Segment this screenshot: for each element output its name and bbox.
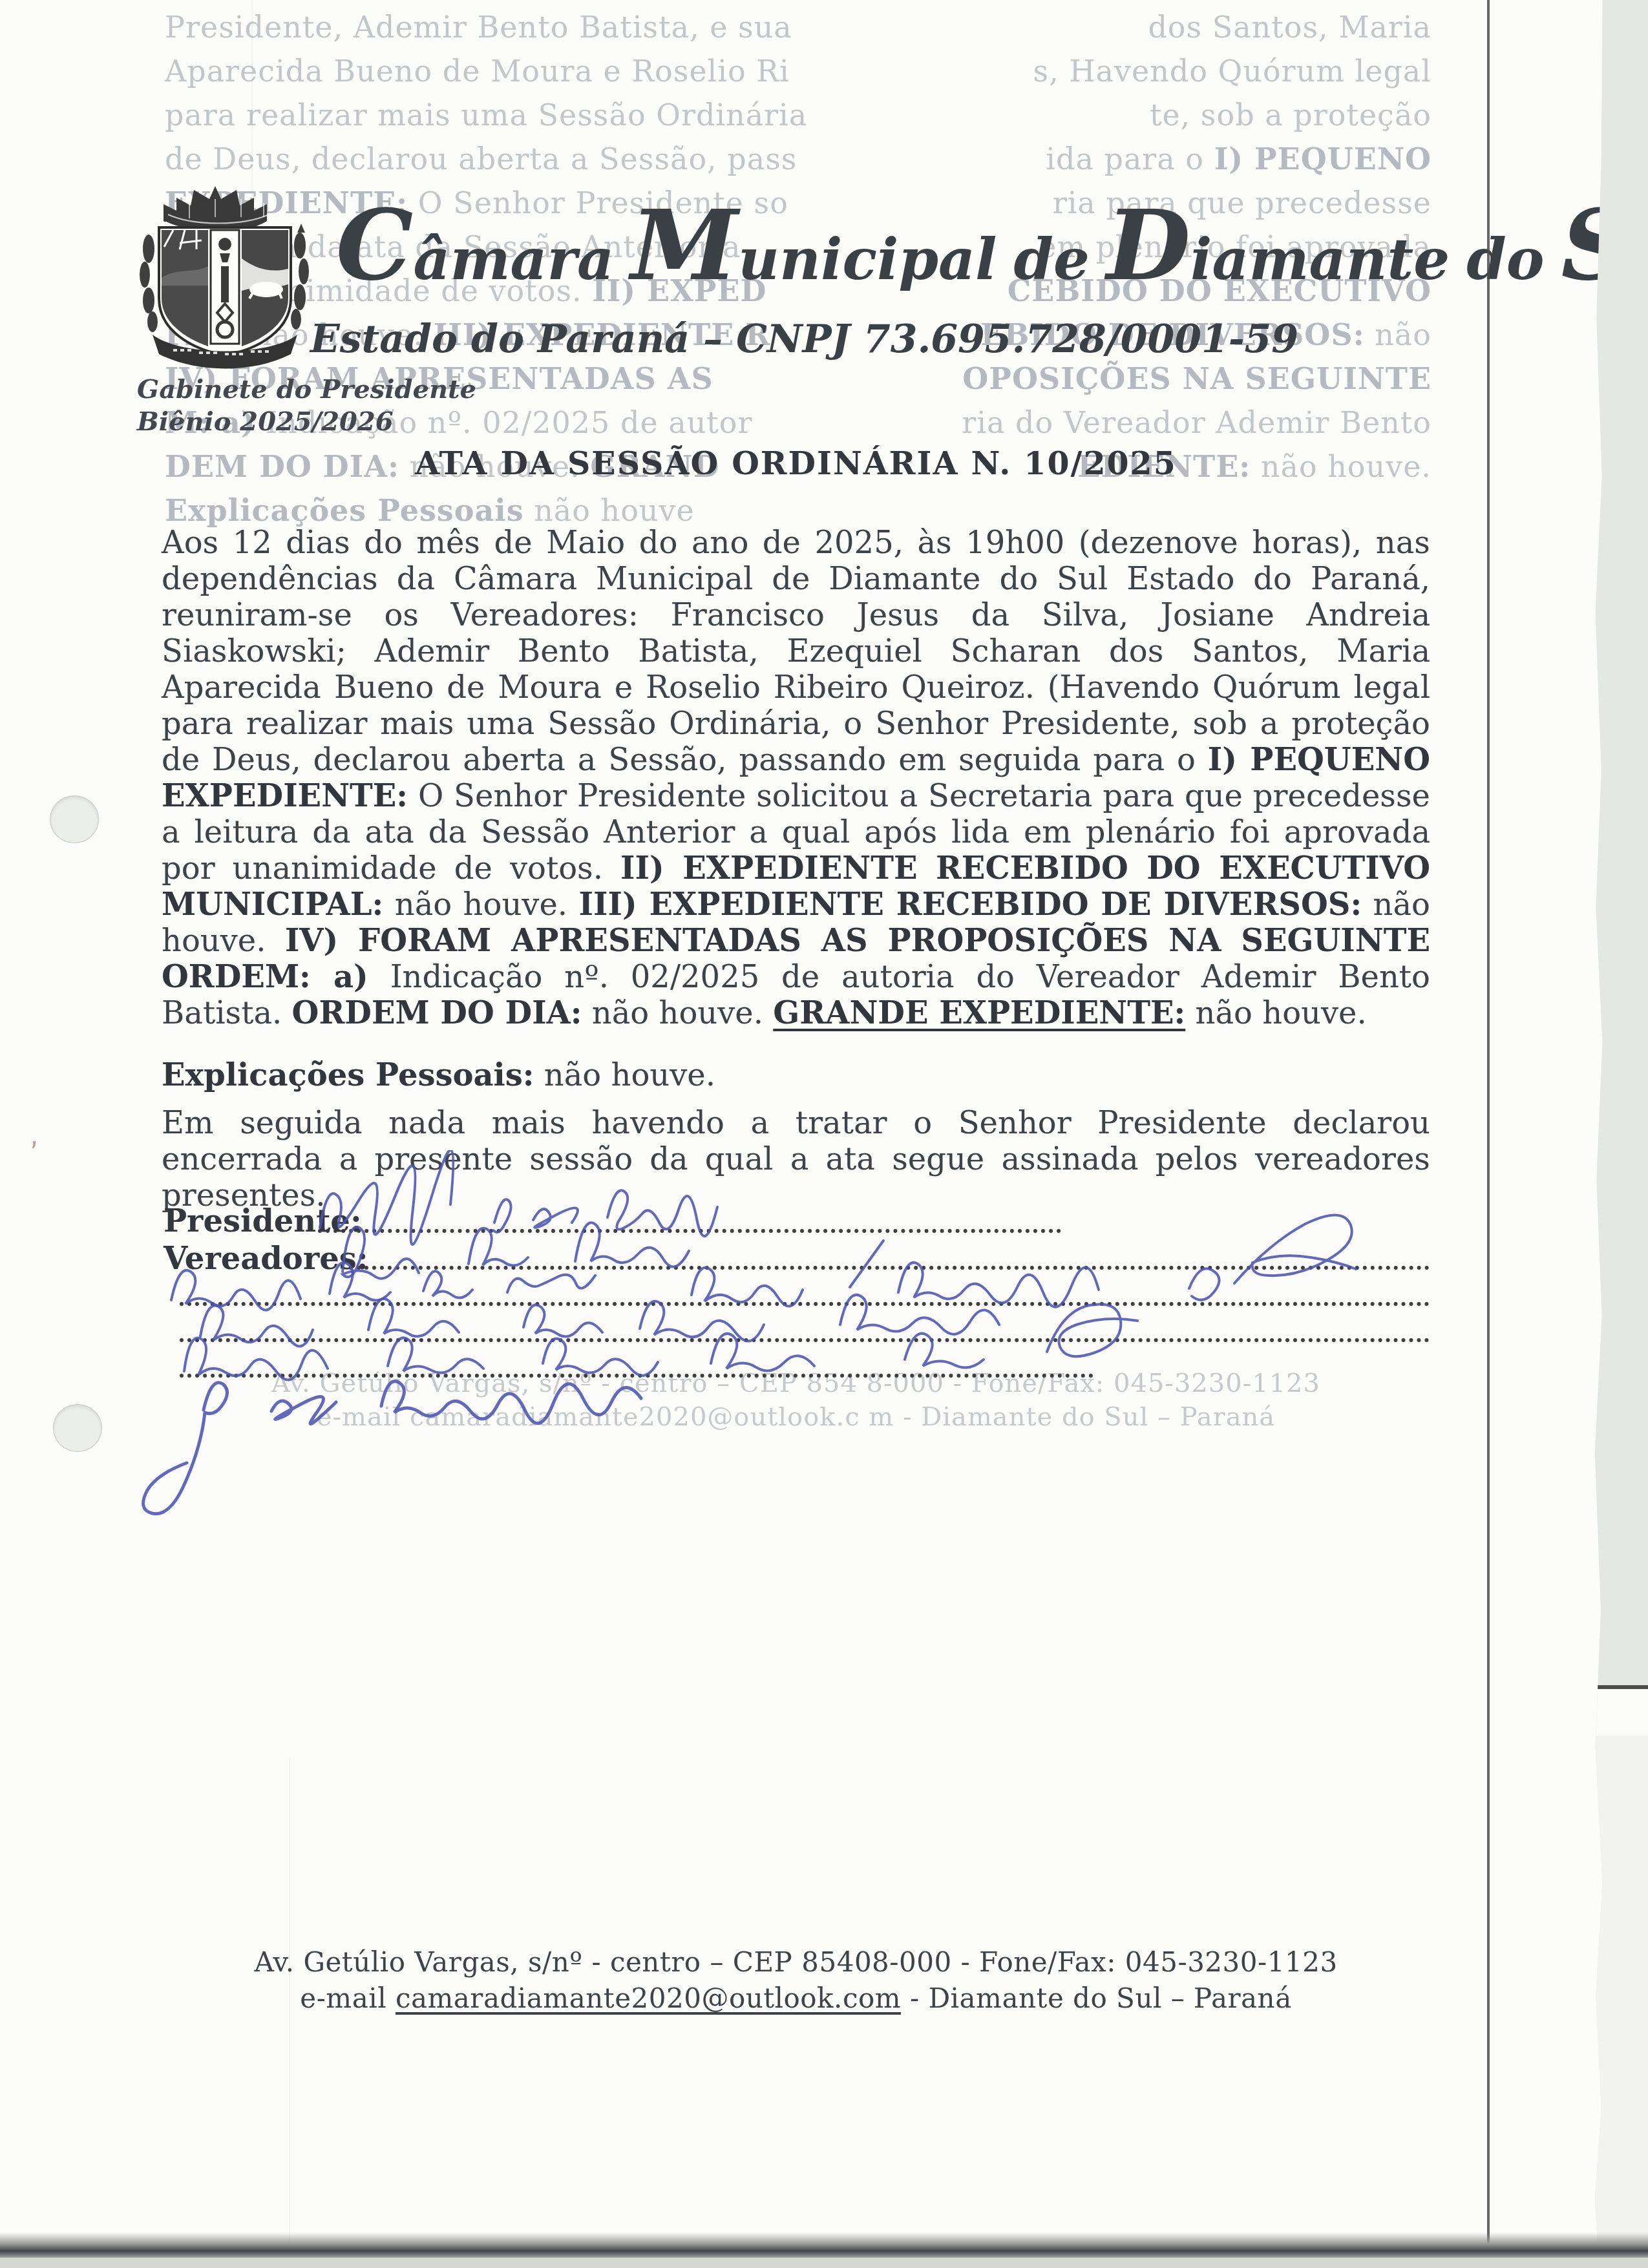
underlying-sheet-lower [1594, 1736, 1648, 2268]
text-run: - Diamante do Sul – Paraná [901, 1982, 1292, 2014]
text-run: não houve. [1185, 995, 1366, 1031]
text-run: ria do Vereador Ademir Bento [962, 405, 1431, 440]
ghost-text-line: s, Havendo Quórum legal [866, 49, 1431, 93]
ghost-text-line: de Deus, declarou aberta a Sessão, pass [165, 137, 895, 181]
ata-main-paragraph: Aos 12 dias do mês de Maio do ano de 202… [162, 525, 1430, 1031]
text-run: do [1466, 204, 1544, 314]
page-title: CâmaraMunicipaldeDiamantedoSul [336, 191, 1409, 314]
page-edge-line [1487, 0, 1490, 2251]
ghost-text-line: Presidente, Ademir Bento Batista, e sua [165, 5, 895, 49]
signature-luiz-b-terelli [343, 1223, 689, 1278]
text-run: Aparecida Bueno de Moura e Roselio Ri [165, 54, 790, 89]
text-run: Explicações Pessoais [165, 493, 524, 528]
mural-crown-icon [164, 186, 271, 233]
ghost-text-line: ida para o I) PEQUENO [866, 137, 1431, 181]
footer-address: Av. Getúlio Vargas, s/nº - centro – CEP … [162, 1946, 1430, 1978]
text-run: I) PEQUENO [1214, 142, 1431, 176]
text-run: não houve [524, 493, 695, 528]
shield-icon [159, 227, 291, 355]
red-ink-speck: ’ [28, 1135, 43, 1170]
scanned-document-page: Presidente, Ademir Bento Batista, e suaA… [0, 0, 1648, 2268]
text-run: te, sob a proteção [1150, 98, 1431, 132]
term-label: Biênio 2025/2026 [137, 406, 476, 438]
ghost-text-line: te, sob a proteção [866, 93, 1431, 137]
explicacoes-paragraph: Explicações Pessoais: não houve. [162, 1057, 1430, 1093]
text-run: não houve. [534, 1057, 715, 1093]
text-run: dos Santos, Maria [1148, 10, 1431, 45]
bottom-scan-strip [0, 2258, 1648, 2268]
text-run: Municipal [631, 191, 997, 314]
signature-jorge-pereira-maria-bueno [200, 1295, 999, 1347]
ghost-text-line: OPOSIÇÕES NA SEGUINTE [866, 357, 1431, 401]
scanner-background-strip [1594, 0, 1648, 2268]
text-run: não houve. [582, 995, 774, 1031]
pine-branch-icon [140, 235, 158, 332]
signature-josiane-a-siaskowski [143, 1381, 641, 1514]
office-label: Gabinete do Presidente [137, 373, 476, 406]
handwritten-signatures [129, 1150, 1538, 1579]
text-run: Presidente, Ademir Bento Batista, e sua [165, 10, 792, 45]
municipal-coat-of-arms [134, 181, 315, 374]
underlying-sheet-gap [1594, 1689, 1648, 1736]
text-run: ORDEM DO DIA: [292, 995, 582, 1031]
ghost-text-line: dos Santos, Maria [866, 5, 1431, 49]
doc-title: ATA DA SESSÃO ORDINÁRIA N. 10/2025 [162, 445, 1430, 482]
text-run: s, Havendo Quórum legal [1033, 54, 1431, 89]
text-run: para realizar mais uma Sessão Ordinária [165, 98, 807, 132]
bottom-scan-shadow [0, 2232, 1648, 2260]
hole-punch-top [50, 796, 98, 843]
text-run: de Deus, declarou aberta a Sessão, pass [165, 142, 797, 176]
corn-stalk-icon [291, 224, 309, 330]
signature-francisco-j-da-silva [320, 1150, 717, 1244]
text-run: Aos 12 dias do mês de Maio do ano de 202… [162, 525, 1430, 778]
hole-punch-bottom [54, 1405, 101, 1451]
ghost-text-line: para realizar mais uma Sessão Ordinária [165, 93, 895, 137]
text-run: Diamante [1106, 191, 1450, 314]
text-run: não houve. [383, 887, 578, 923]
signature-ezequiel-scharan-dos-santos [171, 1241, 883, 1310]
text-run: Explicações Pessoais: [162, 1057, 534, 1093]
text-run: camaradiamante2020@outlook.com [396, 1982, 901, 2014]
text-run: OPOSIÇÕES NA SEGUINTE [962, 361, 1431, 396]
text-run: Câmara [336, 191, 614, 314]
text-run: GRANDE EXPEDIENTE: [773, 995, 1185, 1031]
text-run: não [1365, 317, 1431, 352]
office-block: Gabinete do Presidente Biênio 2025/2026 [137, 373, 476, 438]
page-subtitle: Estado do Paraná – CNPJ 73.695.728/0001-… [310, 317, 1280, 362]
footer-email-line: e-mail camaradiamante2020@outlook.com - … [162, 1982, 1430, 2014]
signature-roselio-ribeiro-queiroz [898, 1215, 1356, 1307]
text-run: de [1013, 204, 1090, 314]
text-run: e-mail [300, 1982, 396, 2014]
ghost-text-line: ria do Vereador Ademir Bento [866, 401, 1431, 445]
ghost-text-line: Aparecida Bueno de Moura e Roselio Ri [165, 49, 895, 93]
text-run: III) EXPEDIENTE RECEBIDO DE DIVERSOS: [579, 887, 1362, 923]
text-run: ida para o [1046, 142, 1214, 176]
